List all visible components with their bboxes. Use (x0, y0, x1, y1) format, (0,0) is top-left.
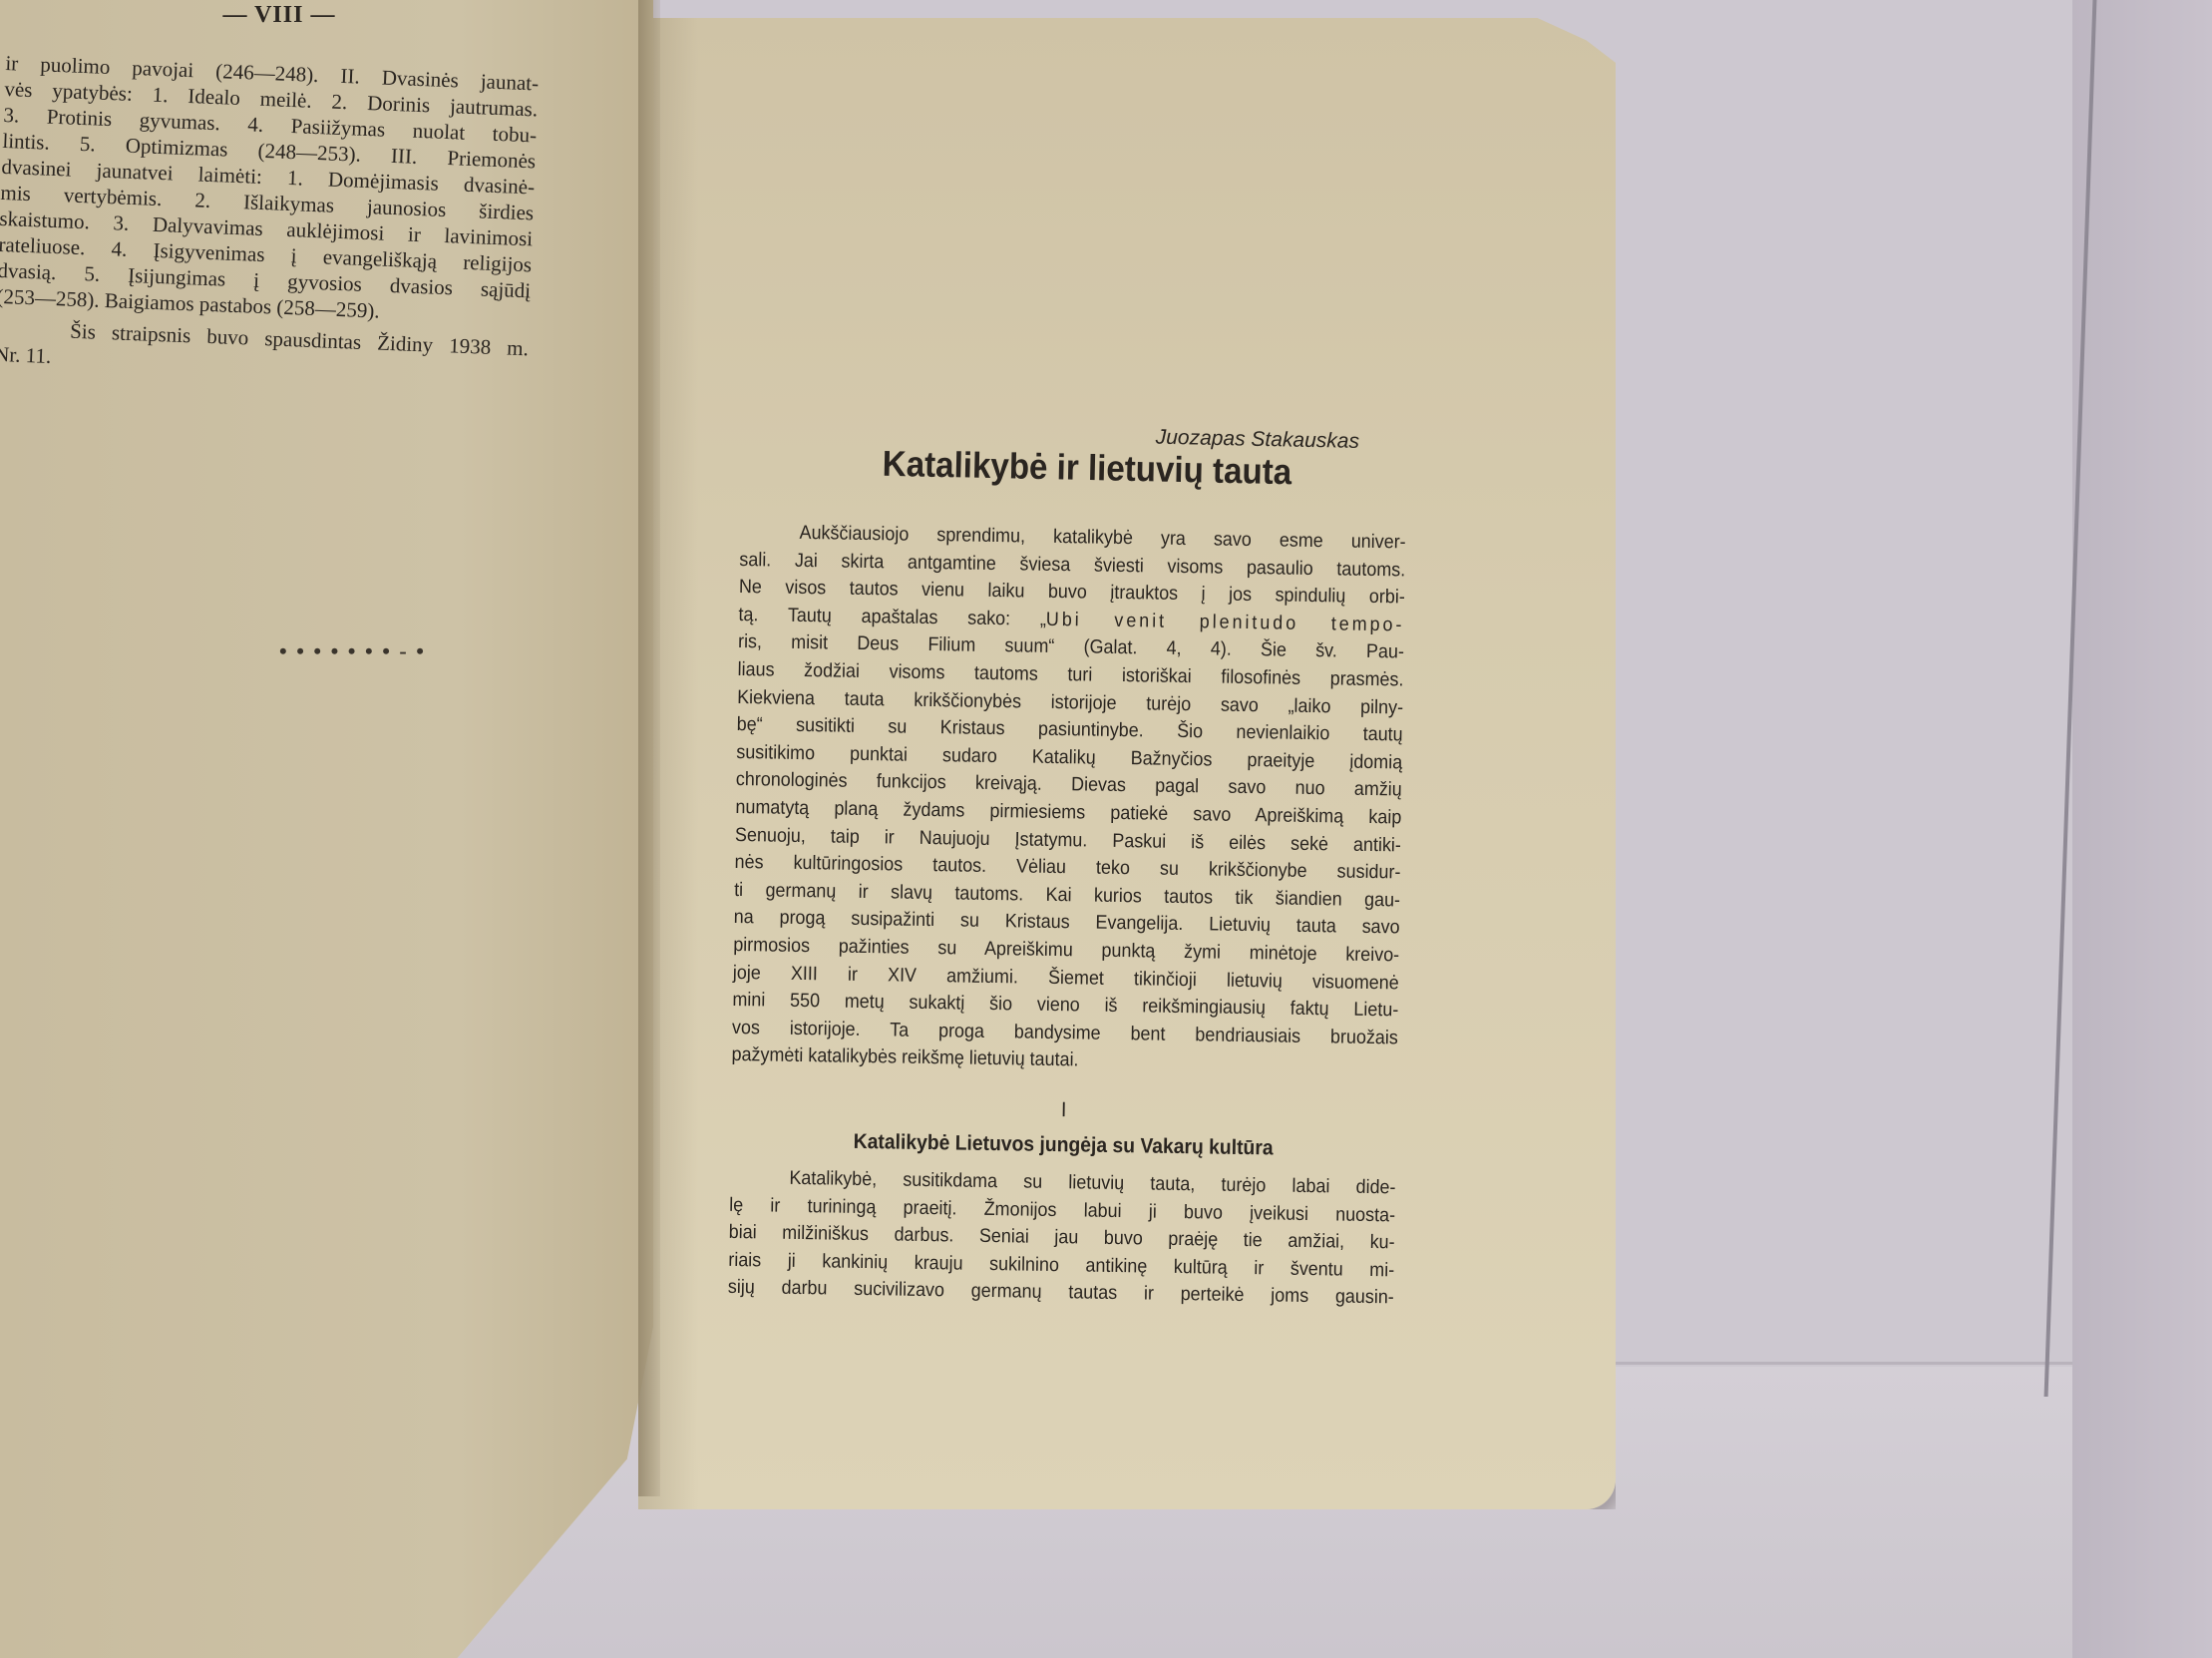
section-number: I (731, 1091, 1397, 1129)
table-of-contents-text: ir puolimo pavojai (246—248). II. Dvasin… (0, 50, 540, 387)
latin-quote: Ubi venit plenitudo tempo- (1046, 609, 1405, 636)
separator-dots: • • • • • • • - • (279, 638, 426, 664)
surface-edge (1611, 1362, 2079, 1365)
article-body: Aukščiausiojo sprendimu, katalikybė yra … (728, 519, 1353, 1312)
background-wall (2072, 0, 2212, 1658)
section-heading: Katalikybė Lietuvos jungėja su Vakarų ku… (730, 1126, 1396, 1164)
quote-intro: tą. Tautų apaštalas sako: „ (738, 604, 1046, 630)
book-gutter (638, 0, 660, 1496)
page-number-header: — VIII — (199, 2, 359, 29)
